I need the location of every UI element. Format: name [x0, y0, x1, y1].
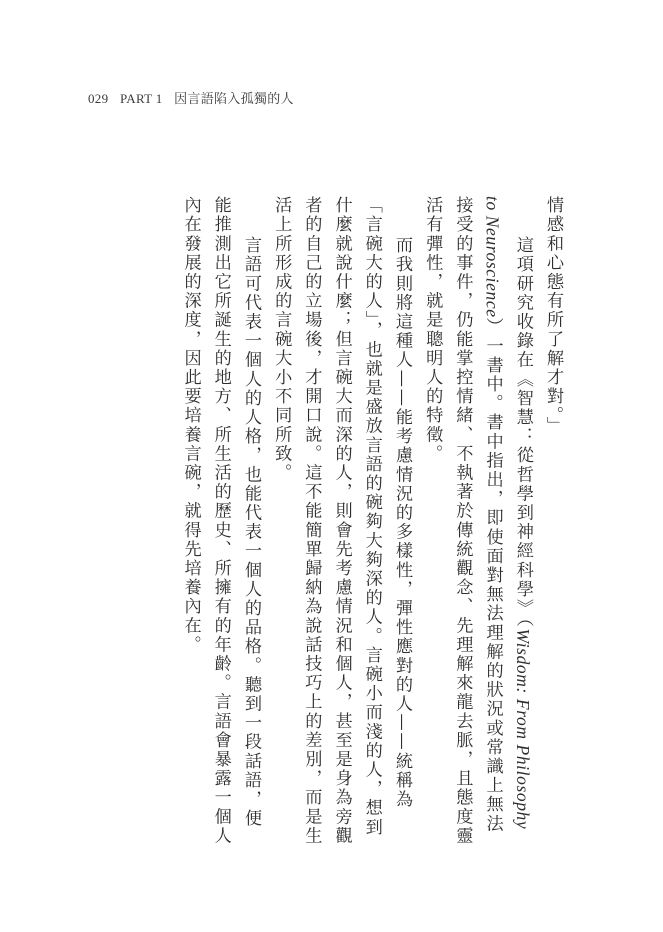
- paragraph-continuation: 情感和心態有所了解才對。」: [538, 196, 568, 846]
- part-label: PART 1: [120, 91, 163, 106]
- chapter-title: 因言語陷入孤獨的人: [174, 91, 294, 106]
- vertical-body-text: 情感和心態有所了解才對。」 這項研究收錄在《智慧：從哲學到神經科學》（Wisdo…: [175, 196, 568, 846]
- page-number: 029: [88, 91, 108, 106]
- text-segment: 而我則將這種人——能考慮情況的多樣性，彈性應對的人——統稱為「言碗大的人」，也就…: [271, 196, 412, 845]
- paragraph-language-character: 言語可代表一個人的人格，也能代表一個人的品格。聽到一段話語，便能推測出它所誕生的…: [175, 196, 266, 846]
- text-segment: 情感和心態有所了解才對。」: [543, 196, 563, 436]
- text-segment: 這項研究收錄在《智慧：從哲學到神經科學》（: [513, 236, 533, 629]
- text-segment: 言語可代表一個人的人格，也能代表一個人的品格。聽到一段話語，便能推測出它所誕生的…: [181, 196, 261, 845]
- paragraph-word-bowl: 而我則將這種人——能考慮情況的多樣性，彈性應對的人——統稱為「言碗大的人」，也就…: [266, 196, 417, 846]
- paragraph-research-citation: 這項研究收錄在《智慧：從哲學到神經科學》（Wisdom: From Philos…: [417, 196, 538, 846]
- running-header: 029 PART 1 因言語陷入孤獨的人: [88, 88, 302, 107]
